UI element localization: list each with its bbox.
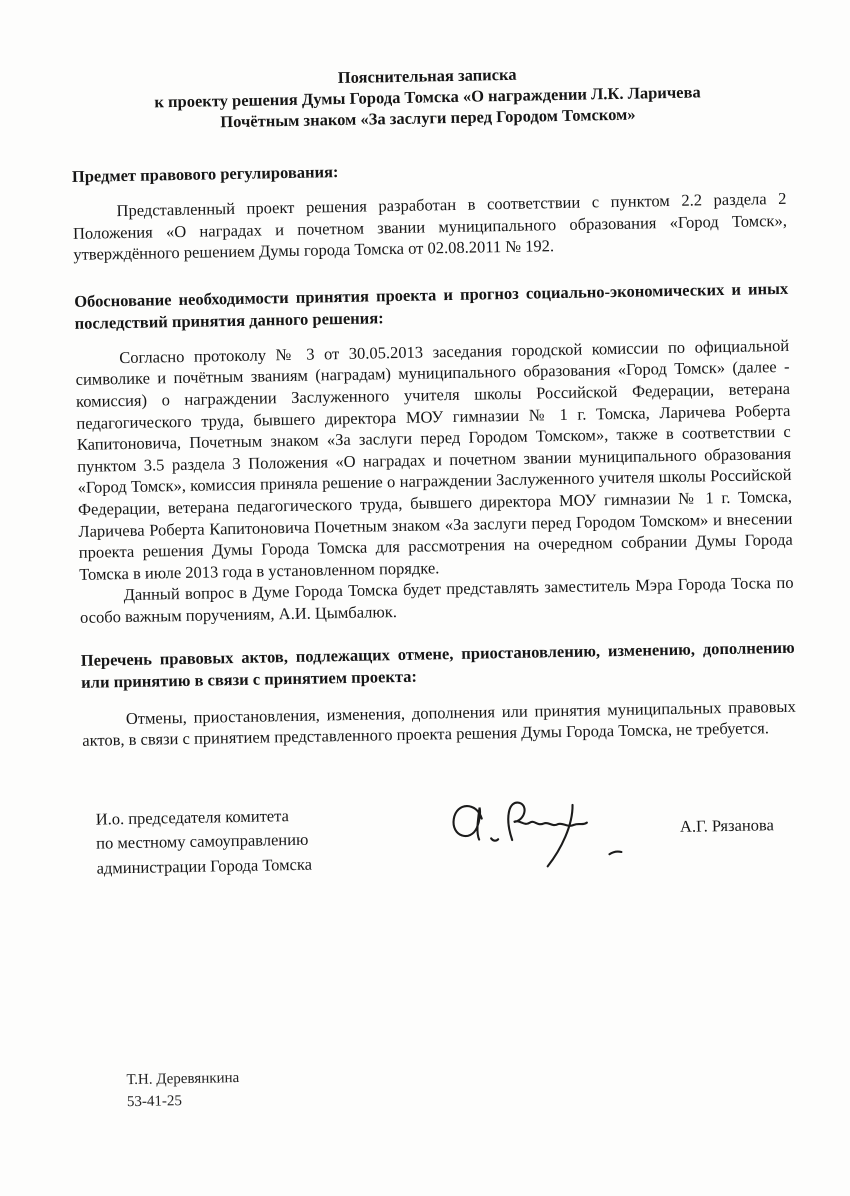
document-title: Пояснительная записка к проекту решения … bbox=[70, 59, 785, 135]
document-body: Пояснительная записка к проекту решения … bbox=[70, 59, 804, 1152]
section-heading-subject: Предмет правового регулирования: bbox=[72, 153, 786, 188]
signature-position-title: И.о. председателя комитета по местному с… bbox=[95, 802, 364, 880]
section-heading-acts-list: Перечень правовых актов, подлежащих отме… bbox=[81, 636, 796, 693]
handwritten-signature-icon bbox=[445, 792, 628, 875]
paragraph-acts-list: Отмены, приостановления, изменения, допо… bbox=[82, 695, 797, 751]
signature-position-line-3: администрации Города Томска bbox=[96, 851, 364, 880]
signer-name: А.Г. Рязанова bbox=[680, 815, 774, 837]
paragraph-justification-1: Согласно протоколу № 3 от 30.05.2013 зас… bbox=[75, 335, 793, 586]
paragraph-subject: Представленный проект решения разработан… bbox=[72, 188, 787, 266]
contact-phone: 53-41-25 bbox=[127, 1089, 240, 1113]
section-heading-justification: Обоснование необходимости принятия проек… bbox=[74, 278, 789, 335]
scanned-document-page: Пояснительная записка к проекту решения … bbox=[0, 0, 850, 1196]
contact-footer: Т.Н. Деревянкина 53-41-25 bbox=[126, 1067, 240, 1113]
signature-block: И.о. председателя комитета по местному с… bbox=[95, 794, 798, 881]
contact-name: Т.Н. Деревянкина bbox=[126, 1067, 239, 1091]
